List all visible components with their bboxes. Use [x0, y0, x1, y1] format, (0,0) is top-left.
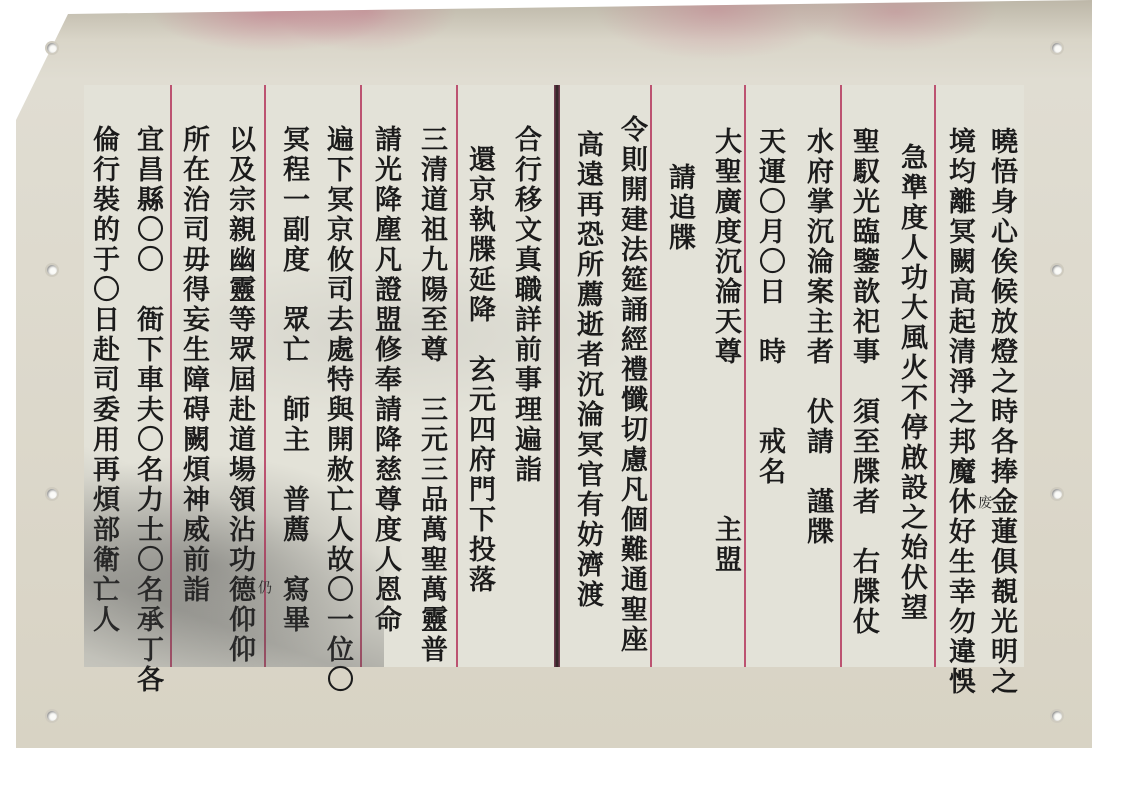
manuscript-page: 曉悟身心俟候放燈之時各捧金蓮俱覩光明之 境均離冥闕高起清淨之邦魔休好生幸勿違悞 …: [84, 85, 1024, 667]
text-column-5: 水府掌沉淪案主者 伏請 謹牒: [804, 127, 831, 547]
column-rule: [170, 85, 172, 667]
margin-annotation: 废: [974, 495, 994, 509]
text-column-1: 曉悟身心俟候放燈之時各捧金蓮俱覩光明之: [988, 127, 1015, 697]
column-rule: [360, 85, 362, 667]
text-column-3: 急準度人功大風火不停啟設之始伏望: [898, 143, 925, 623]
column-rule: [840, 85, 842, 667]
punch-hole-left-2: [47, 265, 57, 275]
column-rule: [456, 85, 458, 667]
text-column-18: 所在治司毋得妄生障碍闕煩神威前詣: [180, 125, 207, 605]
text-column-14: 請光降塵凡證盟修奉請降慈尊度人恩命: [372, 125, 399, 635]
punch-hole-right-2: [1052, 265, 1062, 275]
text-column-17: 以及宗親幽靈等眾屆赴道場領沾功德仰仰: [226, 125, 253, 665]
column-rule: [744, 85, 746, 667]
column-rule: [650, 85, 652, 667]
text-column-4: 聖馭光臨鑒歆祀事 須至牒者 右牒仗: [850, 127, 877, 637]
punch-hole-left-4: [47, 711, 57, 721]
column-rule: [934, 85, 936, 667]
punch-hole-left-3: [47, 489, 57, 499]
text-column-20: 倫行裝的于〇日赴司委用再煩部衛亡人: [90, 125, 117, 635]
text-column-9: 令則開建法筵誦經禮懺切慮凡個難通聖座: [618, 115, 645, 655]
text-column-16: 冥程一副度 眾亡 師主 普薦 寫畢: [280, 125, 307, 635]
text-column-7: 大聖廣度沉淪天尊: [712, 127, 739, 367]
document-heading: 請追牒: [666, 163, 693, 253]
text-column-15: 遍下冥京攸司去處特與開赦亡人故〇一位〇: [324, 125, 351, 695]
punch-hole-right-1: [1052, 43, 1062, 53]
text-column-11: 合行移文真職詳前事理遍詣: [512, 125, 539, 485]
text-column-2: 境均離冥闕高起清淨之邦魔休好生幸勿違悞: [946, 127, 973, 697]
center-fold: [554, 85, 560, 667]
text-column-19: 宜昌縣〇〇 衙下車夫〇名力士〇名承丁各: [134, 125, 161, 695]
text-column-6: 天運〇月〇日 時 戒名: [756, 127, 783, 487]
punch-hole-right-4: [1052, 711, 1062, 721]
signature-label: 主盟: [712, 515, 739, 575]
text-column-12: 還京執牒延降 玄元四府門下投落: [466, 145, 493, 595]
text-column-10: 高遠再恐所薦逝者沉淪冥官有妨濟渡: [574, 130, 601, 610]
margin-annotation: 仍: [254, 580, 274, 594]
punch-hole-left-1: [47, 43, 57, 53]
text-column-13: 三清道祖九陽至尊 三元三品萬聖萬靈普: [418, 125, 445, 665]
punch-hole-right-3: [1052, 489, 1062, 499]
